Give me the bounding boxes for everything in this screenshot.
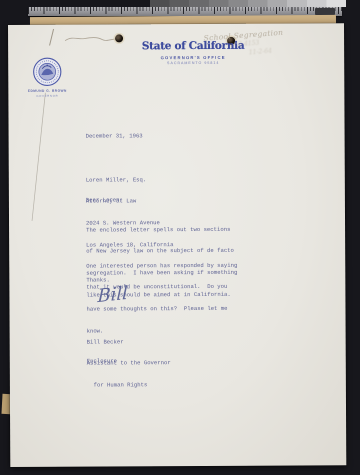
handwritten-signature: Bill	[97, 283, 128, 308]
body-line: have some thoughts on this? Please let m…	[86, 305, 237, 313]
salutation: Dear Loren:	[86, 196, 123, 203]
pencil-squiggle	[64, 33, 122, 45]
signer-name: Bill Becker	[87, 338, 171, 346]
date-line: December 31, 1963	[86, 132, 143, 140]
governor-name: EDMUND G. BROWN	[12, 89, 82, 93]
punch-hole-left	[115, 34, 123, 42]
ruler-label	[315, 8, 335, 15]
letter-paper: EDMUND G. BROWN GOVERNOR State of Califo…	[8, 23, 346, 467]
signer-title: for Human Rights	[87, 382, 171, 390]
ruler-ticks-major	[28, 7, 342, 14]
california-state-seal-icon	[32, 57, 62, 87]
grayscale-calibration-strip	[150, 0, 346, 7]
recipient-line: Loren Miller, Esq.	[86, 176, 173, 184]
letterhead-address: SACRAMENTO 95814	[126, 61, 260, 66]
closing: Thanks.	[86, 276, 110, 283]
pencil-slash-mark	[49, 29, 54, 46]
body-line: The enclosed letter spells out two secti…	[86, 225, 237, 233]
pencil-annotation: School Segregation 2-4153 11-2-64	[203, 24, 341, 60]
enclosure-note: Enclosure	[87, 357, 117, 364]
body-line: One interested person has responded by s…	[86, 261, 237, 269]
governor-title: GOVERNOR	[12, 94, 82, 97]
